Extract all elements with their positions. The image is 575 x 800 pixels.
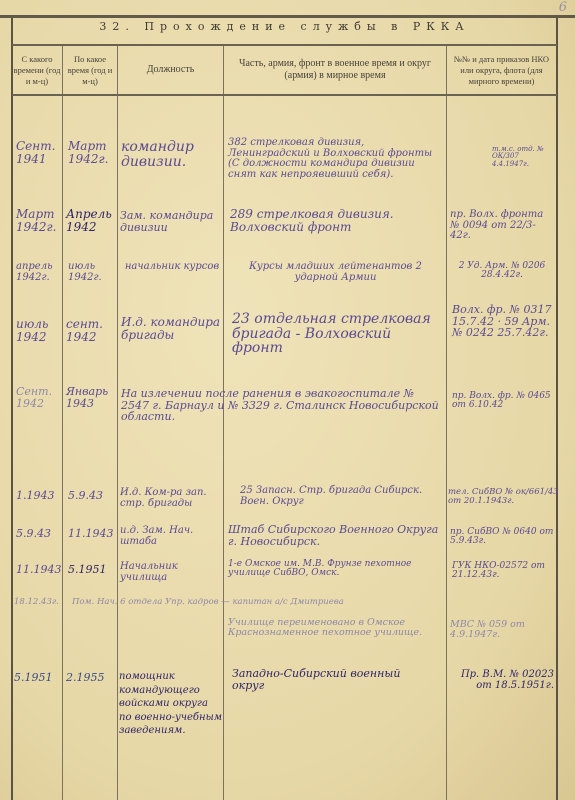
row-position: И.д. Ком-ра зап. стр. бригады [120,488,222,509]
row-to: сент. 1942 [66,318,116,343]
column-header-order: №№ и дата приказов НКО или округа, флота… [447,46,556,94]
row-order: т.м.с. отд. № ОК/307 4.4.1947г. [492,146,552,168]
top-rule [0,15,575,18]
row-unit: 382 стрелковая дивизия, Ленинградский и … [228,138,443,180]
row-from: 1.1943 [16,490,55,502]
row-to: июль 1942г. [68,262,116,283]
row-to: Январь 1943 [66,386,116,409]
row-from: июль 1942 [16,318,62,343]
row-from: 11.1943 [16,564,62,576]
row-position: Зам. командира дивизии [120,210,222,233]
row-to: 2.1955 [66,672,105,684]
row-to: 5.9.43 [68,490,103,502]
row-position: И.д. командира бригады [121,316,221,341]
row-to: Апрель 1942 [66,208,116,233]
table-border-left [11,18,13,800]
row-from: 5.1951 [14,672,53,684]
row-from: Сент. 1942 [16,386,62,409]
row-from: Март 1942г. [16,208,62,233]
row-order: тел. СибВО № ок/661/43 от 20.1.1943г. [448,488,568,506]
row-from: Сент. 1941 [16,140,62,165]
row-position: помощник командующего войсками округа по… [119,670,223,738]
row-position: и.д. Зам. Нач. штаба [120,526,222,547]
row-from: 5.9.43 [16,528,51,540]
row-unit: Училище переименовано в Омское Краснозна… [228,618,443,638]
row-order: пр. Волх. фр. № 0465 от 6.10.42 [452,392,552,411]
column-header-to: По какое время (год и м-ц) [63,46,117,94]
row-unit: 25 Запасн. Стр. бригада Сибирск. Воен. О… [240,486,440,507]
section-title: 32. Прохождение службы в РККА [12,20,557,33]
row-order: пр. СибВО № 0640 от 5.9.43г. [450,528,554,547]
row-order: МВС № 059 от 4.9.1947г. [450,620,554,640]
row-position: командир дивизии. [121,140,221,169]
column-header-from: С какого времени (год и м-ц) [12,46,62,94]
row-position: Пом. Нач. 6 отдела Упр. кадров — капитан… [72,598,344,607]
row-unit: 23 отдельная стрелковая бригада - Волхов… [232,312,442,356]
column-divider [446,45,447,800]
row-position: Начальник училища [120,562,222,583]
row-unit: На излечении после ранения в эвакогоспит… [121,388,441,423]
row-to: 11.1943 [68,528,114,540]
table-border-right [556,18,558,800]
row-from: 18.12.43г. [14,598,59,607]
page-number: 6 [559,0,567,15]
row-unit: 1-е Омское им. М.В. Фрунзе пехотное учил… [228,560,443,579]
row-unit: 289 стрелковая дивизия. Волховский фронт [230,208,440,233]
row-position: начальник курсов [124,262,220,273]
row-unit: Западно-Сибирский военный округ [232,668,432,691]
column-divider [117,45,118,800]
row-order: Пр. В.М. № 02023 от 18.5.1951г. [452,670,554,691]
row-order: пр. Волх. фронта № 0094 от 22/3-42г. [450,210,554,242]
row-to: Март 1942г. [68,140,116,165]
row-to: 5.1951 [68,564,107,576]
row-order: 2 Уд. Арм. № 0206 28.4.42г. [450,262,554,281]
column-header-unit: Часть, армия, фронт в военное время и ок… [224,46,446,94]
row-unit: Курсы младших лейтенантов 2 ударной Арми… [228,262,443,283]
column-divider [62,45,63,800]
row-unit: Штаб Сибирского Военного Округа г. Новос… [228,524,443,547]
row-order: ГУК НКО-02572 от 21.12.43г. [452,562,552,581]
row-order: Волх. фр. № 0317 15.7.42 · 59 Арм. № 024… [452,304,552,339]
row-from: апрель 1942г. [16,262,62,283]
column-header-position: Должность [118,46,223,94]
header-rule-bottom [12,94,557,96]
